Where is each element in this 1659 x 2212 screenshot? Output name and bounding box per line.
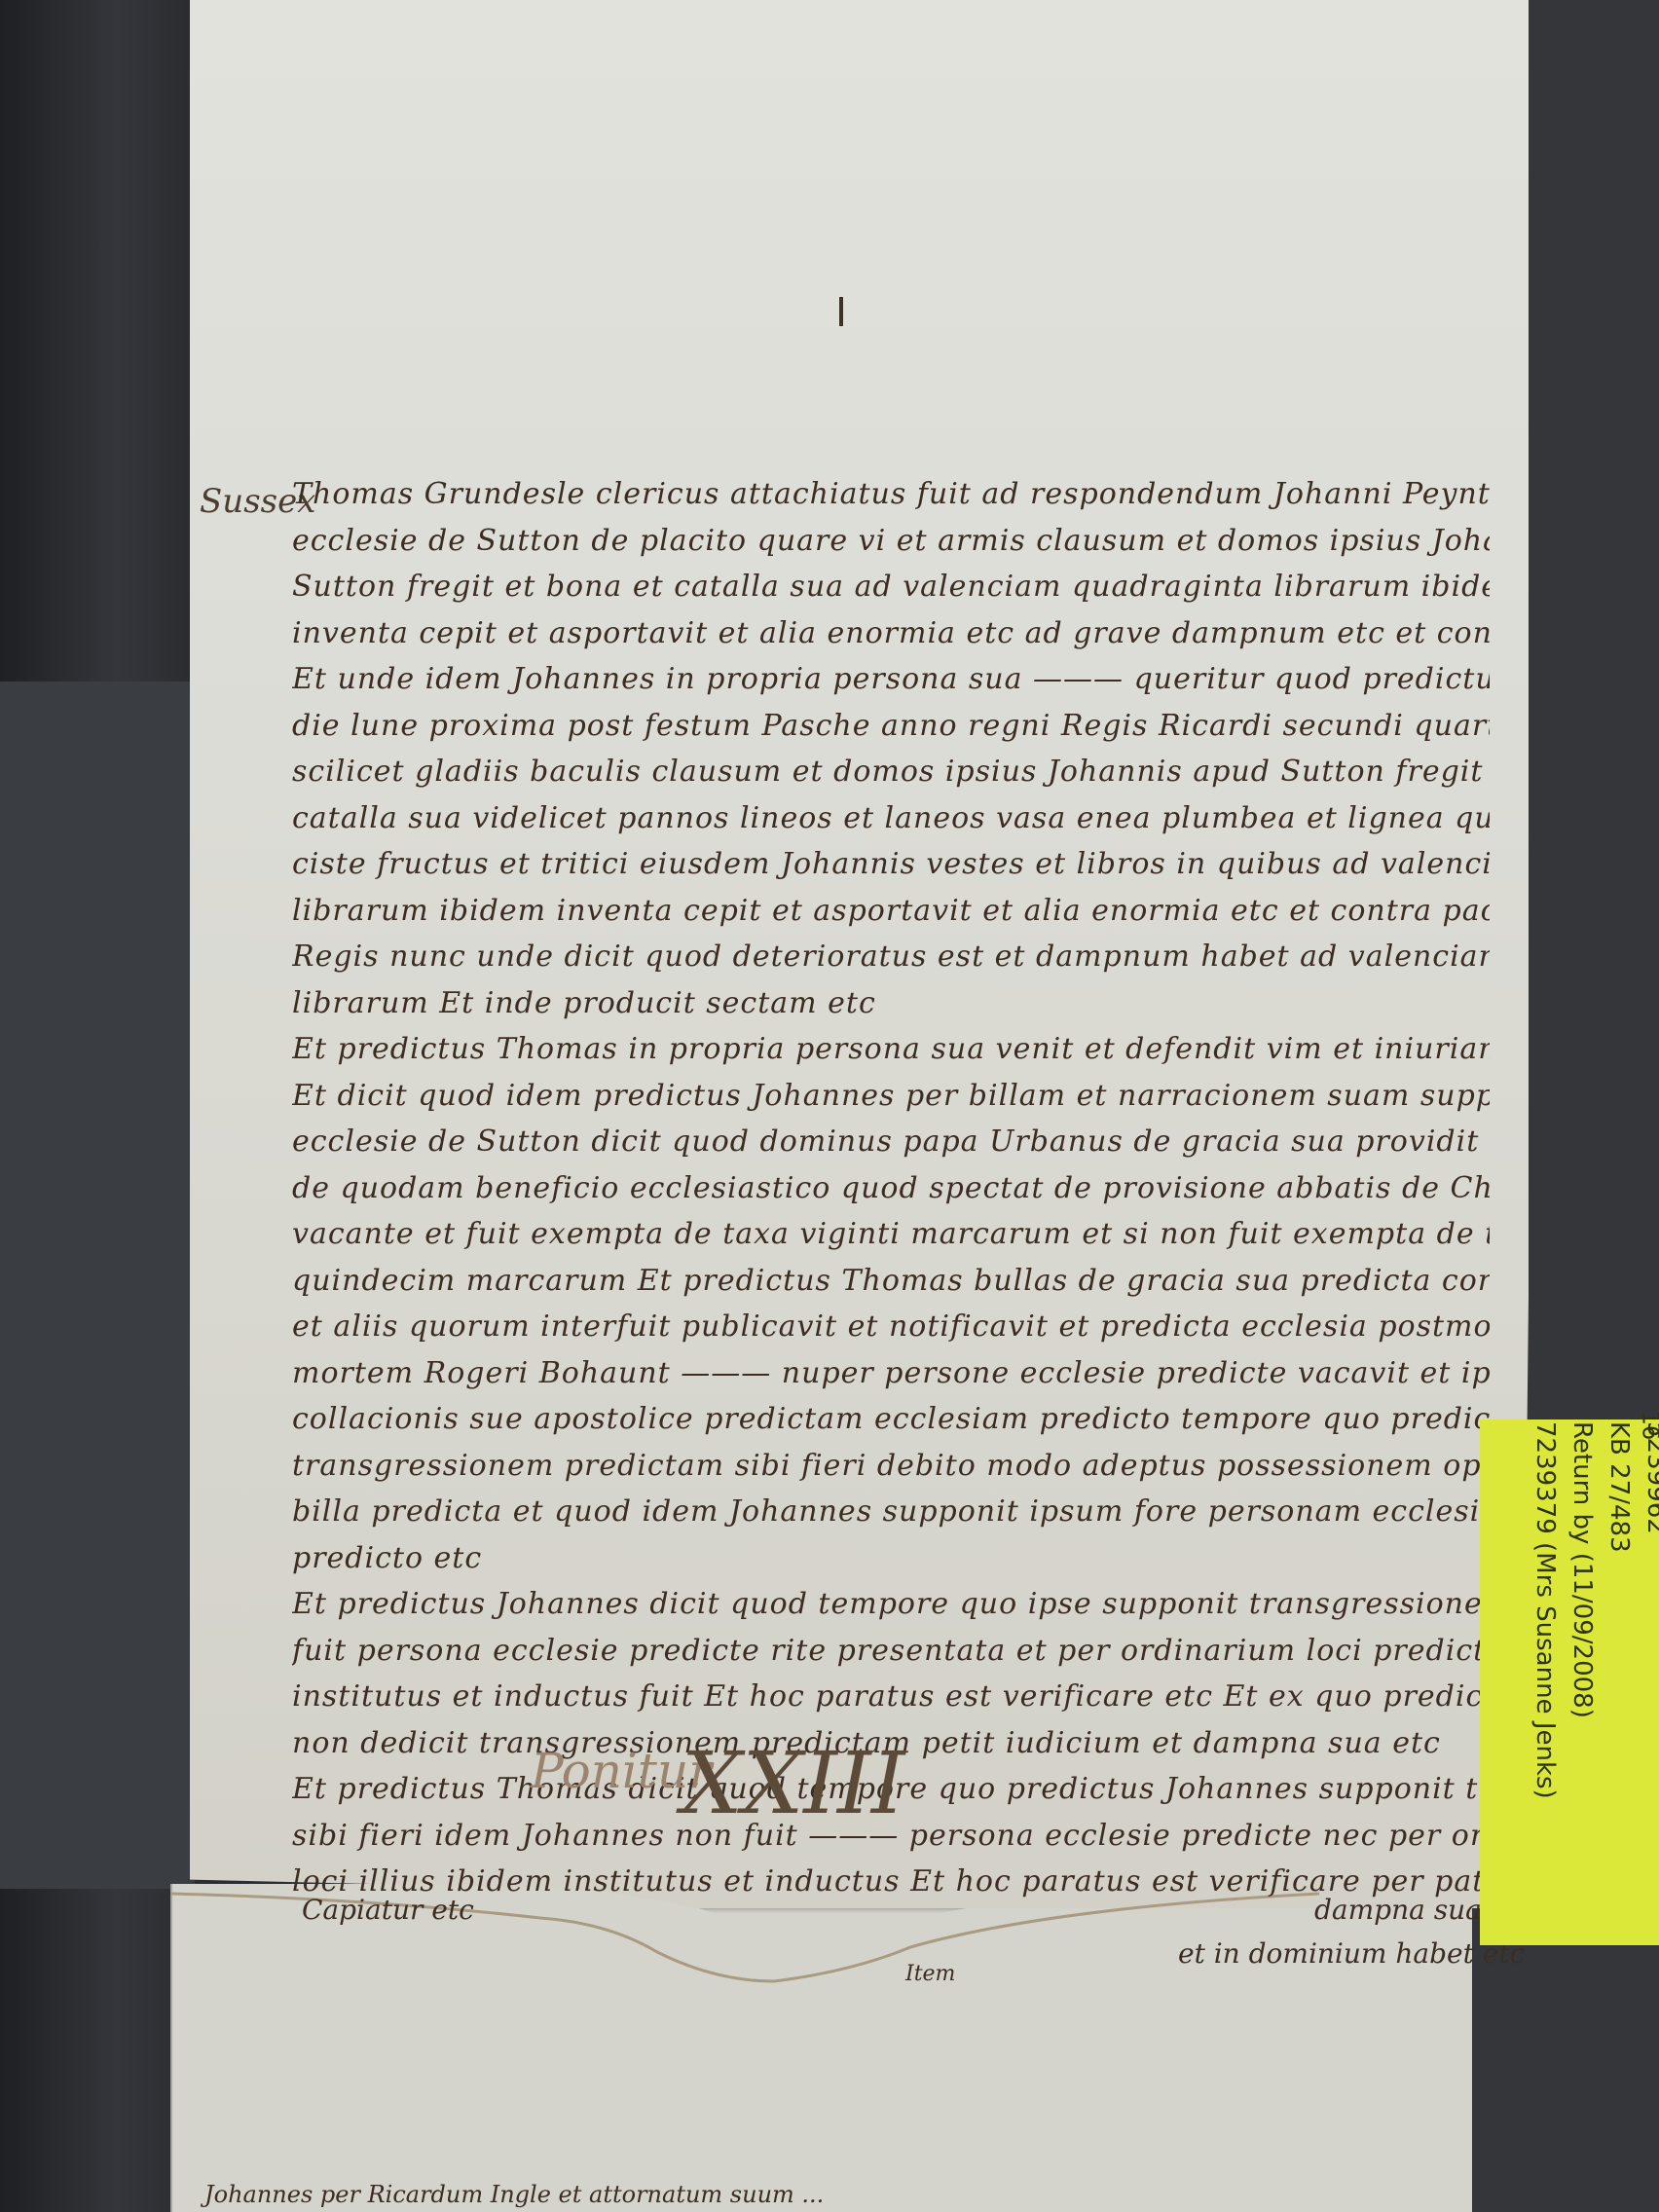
text-line: institutus et inductus fuit Et hoc parat… bbox=[292, 1679, 1490, 1726]
fragment-right-top: dampna sua bbox=[1314, 1894, 1482, 1926]
text-line: billa predicta et quod idem Johannes sup… bbox=[292, 1494, 1490, 1541]
text-line: catalla sua videlicet pannos lineos et l… bbox=[292, 801, 1490, 848]
fragment-bottom-line: Johannes per Ricardum Ingle et attornatu… bbox=[204, 2181, 824, 2208]
text-line: ciste fructus et tritici eiusdem Johanni… bbox=[292, 847, 1490, 894]
text-line: Sutton fregit et bona et catalla sua ad … bbox=[292, 570, 1490, 616]
manuscript-text: Thomas Grundesle clericus attachiatus fu… bbox=[292, 477, 1490, 1911]
text-line: scilicet gladiis baculis clausum et domo… bbox=[292, 755, 1490, 801]
text-line: vacante et fuit exempta de taxa viginti … bbox=[292, 1217, 1490, 1264]
text-line: et aliis quorum interfuit publicavit et … bbox=[292, 1309, 1490, 1356]
fragment-right-bottom: et in dominium habet etc bbox=[1178, 1937, 1525, 1970]
signature-numeral: XXIII bbox=[682, 1733, 905, 1833]
tag-line: 7239379 (Mrs Susanne Jenks) bbox=[1527, 1421, 1564, 1947]
tag-line: KB 27/483 bbox=[1601, 1421, 1638, 1947]
text-line: quindecim marcarum Et predictus Thomas b… bbox=[292, 1264, 1490, 1310]
background-panel bbox=[0, 682, 195, 1889]
text-line: fuit persona ecclesie predicte rite pres… bbox=[292, 1634, 1490, 1680]
text-line: mortem Rogeri Bohaunt ——— nuper persone … bbox=[292, 1356, 1490, 1403]
text-line: Regis nunc unde dicit quod deterioratus … bbox=[292, 940, 1490, 986]
text-line: Et dicit quod idem predictus Johannes pe… bbox=[292, 1079, 1490, 1125]
text-line: librarum Et inde producit sectam etc bbox=[292, 986, 1490, 1033]
text-line: Et predictus Thomas in propria persona s… bbox=[292, 1032, 1490, 1079]
text-line: Et unde idem Johannes in propria persona… bbox=[292, 662, 1490, 709]
text-line: librarum ibidem inventa cepit et asporta… bbox=[292, 894, 1490, 940]
tag-line: 5239962 bbox=[1638, 1421, 1659, 1947]
text-line: predicto etc bbox=[292, 1541, 1490, 1588]
text-line: Et predictus Johannes dicit quod tempore… bbox=[292, 1587, 1490, 1634]
text-line: ecclesie de Sutton dicit quod dominus pa… bbox=[292, 1124, 1490, 1171]
text-line: die lune proxima post festum Pasche anno… bbox=[292, 709, 1490, 756]
text-line: de quodam beneficio ecclesiastico quod s… bbox=[292, 1171, 1490, 1218]
tag-edge-text: 16 bbox=[1637, 1411, 1659, 1441]
ink-mark bbox=[839, 297, 843, 326]
archive-tag-text: 5239962 KB 27/483 Return by (11/09/2008)… bbox=[1538, 1421, 1659, 1947]
text-line: collacionis sue apostolice predictam ecc… bbox=[292, 1402, 1490, 1449]
text-line: inventa cepit et asportavit et alia enor… bbox=[292, 616, 1490, 663]
tag-line: Return by (11/09/2008) bbox=[1564, 1421, 1601, 1947]
text-line: Thomas Grundesle clericus attachiatus fu… bbox=[292, 477, 1490, 524]
fragment-center: Item bbox=[905, 1962, 955, 1986]
text-line: ecclesie de Sutton de placito quare vi e… bbox=[292, 524, 1490, 571]
fragment-left: Capiatur etc bbox=[302, 1894, 474, 1926]
text-line: transgressionem predictam sibi fieri deb… bbox=[292, 1449, 1490, 1495]
